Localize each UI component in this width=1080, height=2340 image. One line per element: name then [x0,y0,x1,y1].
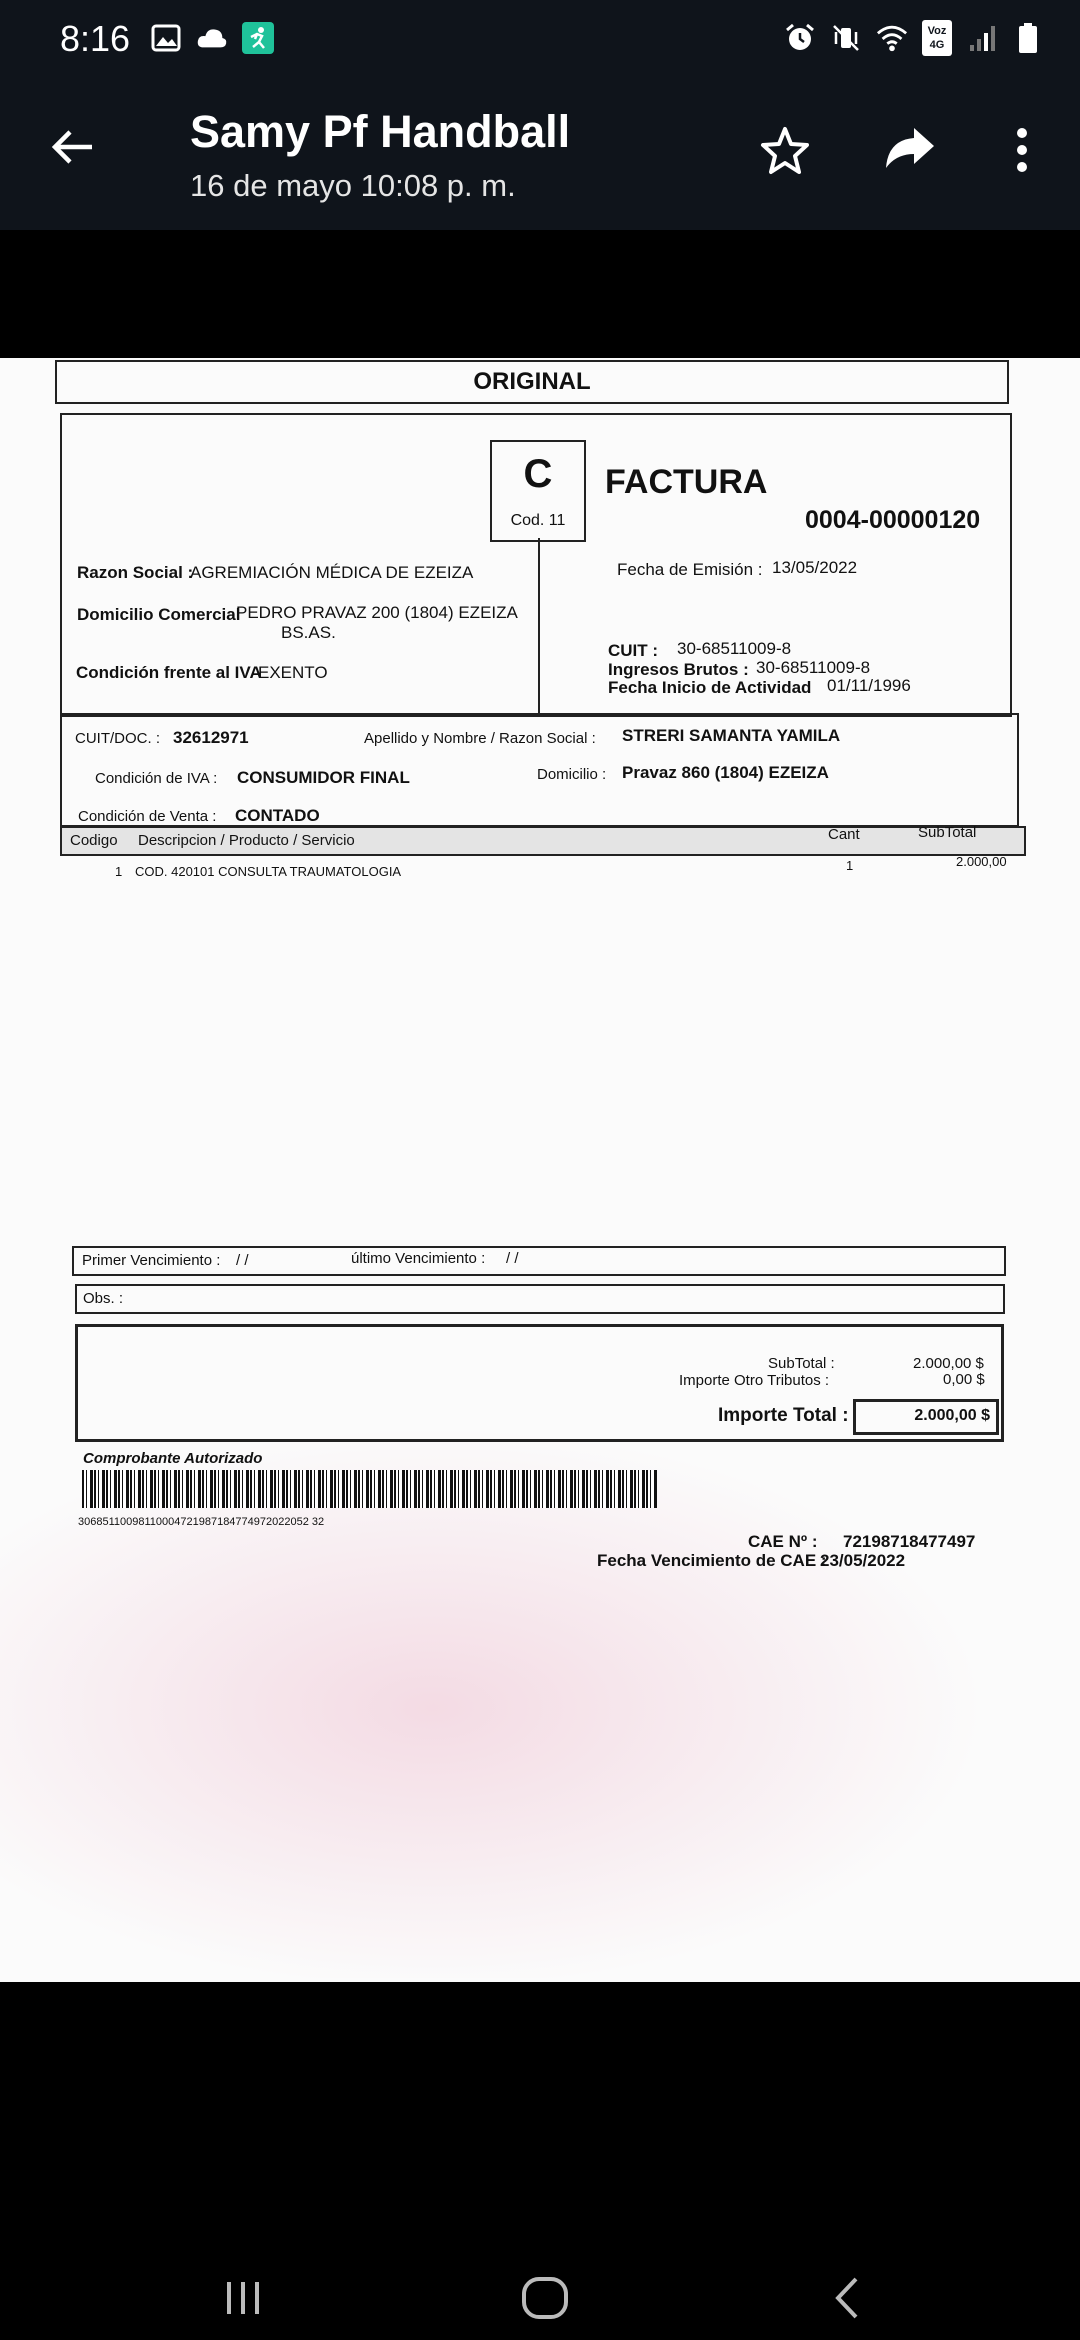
cuit-doc-value: 32612971 [173,728,249,748]
cuit-label: CUIT : [608,641,658,661]
subtotal-label: SubTotal : [768,1355,835,1372]
client-domicilio-value: Pravaz 860 (1804) EZEIZA [622,763,829,783]
app-bar: Samy Pf Handball 16 de mayo 10:08 p. m. [0,80,1080,230]
client-domicilio-label: Domicilio : [537,766,606,783]
primer-vencimiento-label: Primer Vencimiento : [82,1252,220,1269]
more-vert-icon [1015,125,1029,180]
recent-apps-icon [221,2276,265,2325]
back-nav-icon [828,2273,868,2328]
row-subtotal: 2.000,00 [956,854,1007,869]
otros-tributos-label: Importe Otro Tributos : [679,1372,829,1389]
domicilio-comercial-label: Domicilio Comercial [77,605,240,625]
doc-type: FACTURA [605,463,767,502]
header-subtotal: SubTotal [918,824,976,841]
vibrate-mute-icon [830,22,862,54]
invoice-image[interactable]: ORIGINAL C Cod. 11 FACTURA 0004-00000120… [0,358,1080,1982]
fecha-emision-label: Fecha de Emisión : [617,560,763,580]
client-iva-value: CONSUMIDOR FINAL [237,768,410,788]
condicion-venta-value: CONTADO [235,806,320,826]
razon-social-label: Razon Social : [77,563,193,583]
ingresos-brutos-value: 30-68511009-8 [756,658,870,678]
battery-icon [1012,22,1044,54]
copy-label: ORIGINAL [57,368,1007,396]
razon-social-value: AGREMIACIÓN MÉDICA DE EZEIZA [190,563,473,583]
issuer-iva-value: EXENTO [258,663,328,683]
ingresos-brutos-label: Ingresos Brutos : [608,660,749,680]
star-icon [759,124,811,181]
cae-label: CAE Nº : [748,1532,818,1552]
invoice-letter-code: Cod. 11 [492,512,584,530]
fitness-app-icon [242,22,274,54]
condicion-venta-label: Condición de Venta : [78,808,216,825]
client-name-label: Apellido y Nombre / Razon Social : [364,730,596,747]
cuit-doc-label: CUIT/DOC. : [75,730,160,747]
header-codigo: Codigo [70,832,118,849]
copy-label-box: ORIGINAL [55,360,1009,404]
inicio-actividad-label: Fecha Inicio de Actividad [608,678,811,698]
obs-label: Obs. : [83,1290,123,1307]
obs-box: Obs. : [75,1284,1005,1314]
importe-total-label: Importe Total : [718,1405,849,1427]
domicilio-comercial-value: PEDRO PRAVAZ 200 (1804) EZEIZA [236,603,518,623]
issuer-iva-label: Condición frente al IVA [76,663,262,683]
ultimo-vencimiento-label: último Vencimiento : [351,1250,485,1267]
ultimo-vencimiento-value: / / [506,1250,519,1267]
domicilio-comercial-value-2: BS.AS. [281,623,336,643]
alarm-icon [784,22,816,54]
home-button[interactable] [505,2274,585,2326]
status-bar: 8:16 Voz 4G [0,0,1080,80]
items-table-header: Codigo Descripcion / Producto / Servicio… [60,826,1026,856]
issuer-divider [538,538,540,713]
barcode-number: 30685110098110004721987184774972022052 3… [78,1516,324,1528]
star-button[interactable] [755,122,815,182]
row-descripcion: COD. 420101 CONSULTA TRAUMATOLOGIA [135,864,401,879]
back-nav-button[interactable] [808,2274,888,2326]
nav-bar [0,2260,1080,2340]
importe-total-value: 2.000,00 $ [914,1407,990,1425]
subtotal-value: 2.000,00 $ [913,1355,984,1372]
home-icon [520,2273,570,2328]
row-cant: 1 [846,858,853,873]
importe-total-box: 2.000,00 $ [853,1399,999,1435]
otros-tributos-value: 0,00 $ [943,1371,985,1388]
chat-title: Samy Pf Handball [190,106,570,158]
back-button[interactable] [48,122,108,182]
message-timestamp: 16 de mayo 10:08 p. m. [190,168,516,204]
letter-box: C Cod. 11 [490,440,586,542]
totals-box: SubTotal : 2.000,00 $ Importe Otro Tribu… [75,1324,1004,1442]
volte-4g-icon: Voz 4G [922,20,952,56]
invoice-letter: C [492,452,584,497]
cae-vencimiento-label: Fecha Vencimiento de CAE : [597,1551,827,1571]
wifi-icon [876,22,908,54]
image-icon [150,22,182,54]
row-codigo: 1 [115,864,122,879]
share-icon [882,124,938,181]
more-options-button[interactable] [992,122,1052,182]
cae-vencimiento-value: 23/05/2022 [820,1551,905,1571]
inicio-actividad-value: 01/11/1996 [827,676,911,696]
header-descripcion: Descripcion / Producto / Servicio [138,832,355,849]
status-time: 8:16 [60,18,130,60]
client-iva-label: Condición de IVA : [95,770,217,787]
paper-shadow [0,1378,1080,1978]
client-name-value: STRERI SAMANTA YAMILA [622,726,840,746]
share-button[interactable] [880,122,940,182]
recent-apps-button[interactable] [203,2274,283,2326]
barcode [82,1470,657,1508]
comprobante-autorizado-label: Comprobante Autorizado [83,1450,262,1467]
vencimiento-box: Primer Vencimiento : / / último Vencimie… [72,1246,1006,1276]
cloud-icon [196,22,228,54]
invoice-number: 0004-00000120 [805,506,980,535]
signal-icon [966,22,998,54]
cae-value: 72198718477497 [843,1532,975,1552]
primer-vencimiento-value: / / [236,1252,249,1269]
cuit-value: 30-68511009-8 [677,639,791,659]
fecha-emision-value: 13/05/2022 [772,558,857,578]
header-cant: Cant [828,826,860,843]
